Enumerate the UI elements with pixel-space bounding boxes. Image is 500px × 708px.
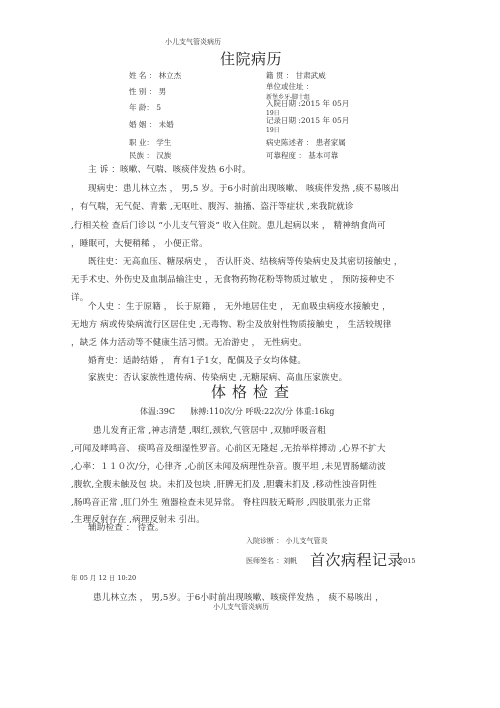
text-line: 现病史：患儿林立杰 ， 男,5 岁。于6小时前出现咳嗽、 咳痰伴发热 ,痰不易咳… xyxy=(88,182,399,194)
chief-complaint: 主 诉 ：咳嗽、气喘、咳痰伴发热 6小时。 xyxy=(88,163,251,175)
record-year: 2015 xyxy=(399,557,416,565)
text-line: ，睡眠可，大便稍稀 ， 小便正常。 xyxy=(71,237,208,249)
text-line: ,肠鸣音正常 ,肛门外生 殖器检查未见异常。 脊柱四肢无畸形 ,四肢肌张力正常 xyxy=(71,496,371,508)
first-course-record-title: 首次病程记录 xyxy=(310,549,403,570)
text-line: ,行相关检 查后门诊以 “小儿支气管炎” 收入住院。患儿起病以来 ， 精神纳食尚… xyxy=(71,219,386,231)
physical-exam-title: 体格检查 xyxy=(211,381,295,402)
admission-diagnosis: 入院诊断 ： 小儿支气管炎 xyxy=(246,536,327,546)
document-title: 住院病历 xyxy=(220,48,282,69)
history-informant: 病史陈述者 ： 患者家属 xyxy=(266,137,346,148)
patient-name: 姓 名 ： 林立杰 xyxy=(129,70,181,81)
record-date-cont: 19日 xyxy=(266,125,280,134)
text-line: ，缺乏 体力活动等不健康生活习惯。无冶游史 ， 无性病史。 xyxy=(71,336,307,348)
text-line: 详。 xyxy=(71,291,89,303)
patient-marital-status: 婚 姻 ： 未婚 xyxy=(129,119,174,130)
patient-sex: 性 别 ： 男 xyxy=(129,86,166,97)
record-datetime: 年 05 月 12 日 10:20 xyxy=(71,573,136,582)
native-place: 籍 贯 ： 甘肃武威 xyxy=(266,70,326,81)
physician-signature: 医师签名 ：刘帆 xyxy=(246,556,297,566)
text-line: 既往史：无高血压、糖尿病史 ， 否认肝炎、结核病等传染病史及其密切接触史 ， xyxy=(88,255,403,267)
text-line: ,腹软,全腹未触及包 块。未扪及包块 ,肝脾无扪及 ,胆囊未扪及 ,移动性浊音阴… xyxy=(71,478,377,490)
auxiliary-exam: 辅助检查 ： 待查。 xyxy=(88,521,164,533)
page-footer: 小儿支气管炎病历 xyxy=(213,602,269,612)
text-line: 无地方 病或传染病流行区居住史 ,无毒物、粉尘及放射性物质接触史 ， 生活较规律 xyxy=(71,318,391,330)
text-line: ，有气喘，无气促、青紫 ,无呕吐、腹泻、抽搐、盗汗等症状 ,来我院就诊 xyxy=(71,200,354,212)
patient-occupation: 职 业： 学生 xyxy=(129,137,171,148)
patient-ethnicity: 民族 ： 汉族 xyxy=(129,150,171,161)
text-line: 个人史 ：生于原籍 ， 长于原籍 ， 无外地居住史 ， 无血吸虫病疫水接触史 ， xyxy=(88,300,391,312)
patient-age: 年 龄： 5 xyxy=(129,102,161,113)
page-header: 小儿支气管炎病历 xyxy=(165,37,221,47)
text-line: ,可闻及哮鸣音、 痰鸣音及细湿性罗音。心前区无隆起 ,无抬举样搏动 ,心界不扩大 xyxy=(71,442,386,454)
address-label: 单位或住址 ： xyxy=(266,81,313,92)
text-line: 无手术史、外伤史及血制品输注史 ，无食物药物花粉等物质过敏史 ， 预防接种史不 xyxy=(71,273,394,285)
marital-history: 婚育史：适龄结婚 ， 育有1子1女，配偶及子女均体健。 xyxy=(88,354,306,366)
reliability: 可靠程度 ： 基本可靠 xyxy=(266,150,338,161)
text-line: 患儿发育正常 ,神志清楚 ,咽红,颈软,气管居中 ,双肺呼吸音粗 xyxy=(93,424,326,436)
vital-signs: 体温:39C 脉搏:110次/分 呼吸:22次/分 体重:16kg xyxy=(140,406,334,417)
text-line: ,心率：１１０次/分，心律齐 ,心前区未闻及病理性杂音。腹平坦 ,未见胃肠蠕动波 xyxy=(71,460,386,472)
